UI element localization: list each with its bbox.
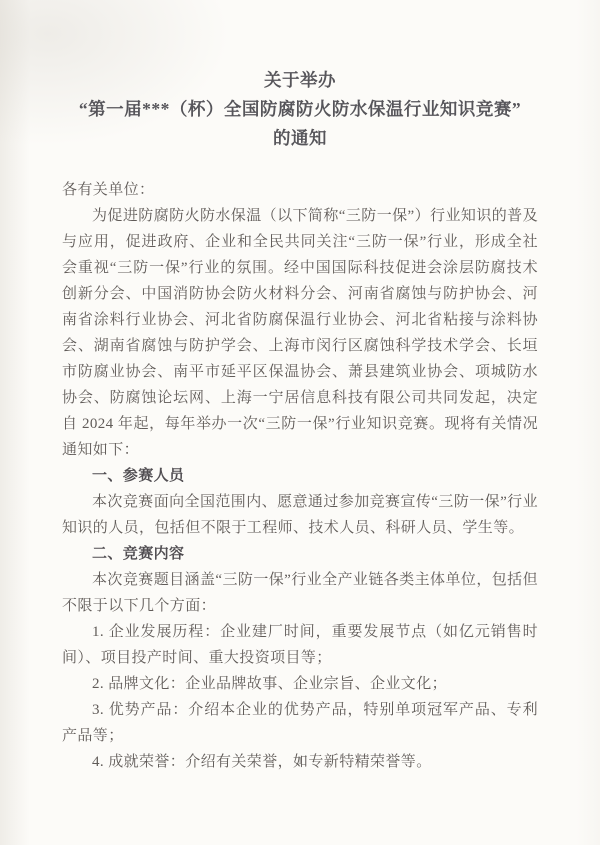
title-line-2: “第一届***（杯）全国防腐防火防水保温行业知识竞赛” [48,95,552,124]
section-1-body: 本次竞赛面向全国范围内、愿意通过参加竞赛宣传“三防一保”行业知识的人员，包括但不… [62,489,538,541]
section-2-heading: 二、竞赛内容 [62,541,538,567]
section-2-body: 本次竞赛题目涵盖“三防一保”行业全产业链各类主体单位，包括但不限于以下几个方面： [62,567,538,619]
title-line-3: 的通知 [48,124,552,153]
list-item-2: 2. 品牌文化：企业品牌故事、企业宗旨、企业文化； [62,671,538,697]
list-item-3: 3. 优势产品：介绍本企业的优势产品，特别单项冠军产品、专利产品等； [62,697,538,749]
title-line-1: 关于举办 [48,66,552,95]
scanned-notice-page: 关于举办 “第一届***（杯）全国防腐防火防水保温行业知识竞赛” 的通知 各有关… [0,0,600,845]
section-1-heading: 一、参赛人员 [62,463,538,489]
intro-paragraph: 为促进防腐防火防水保温（以下简称“三防一保”）行业知识的普及与应用，促进政府、企… [62,203,538,463]
document-title: 关于举办 “第一届***（杯）全国防腐防火防水保温行业知识竞赛” 的通知 [48,66,552,153]
list-item-1: 1. 企业发展历程：企业建厂时间，重要发展节点（如亿元销售时间）、项目投产时间、… [62,619,538,671]
page-number: 1 [0,755,600,767]
salutation: 各有关单位： [62,177,538,203]
document-body: 各有关单位： 为促进防腐防火防水保温（以下简称“三防一保”）行业知识的普及与应用… [62,177,538,775]
